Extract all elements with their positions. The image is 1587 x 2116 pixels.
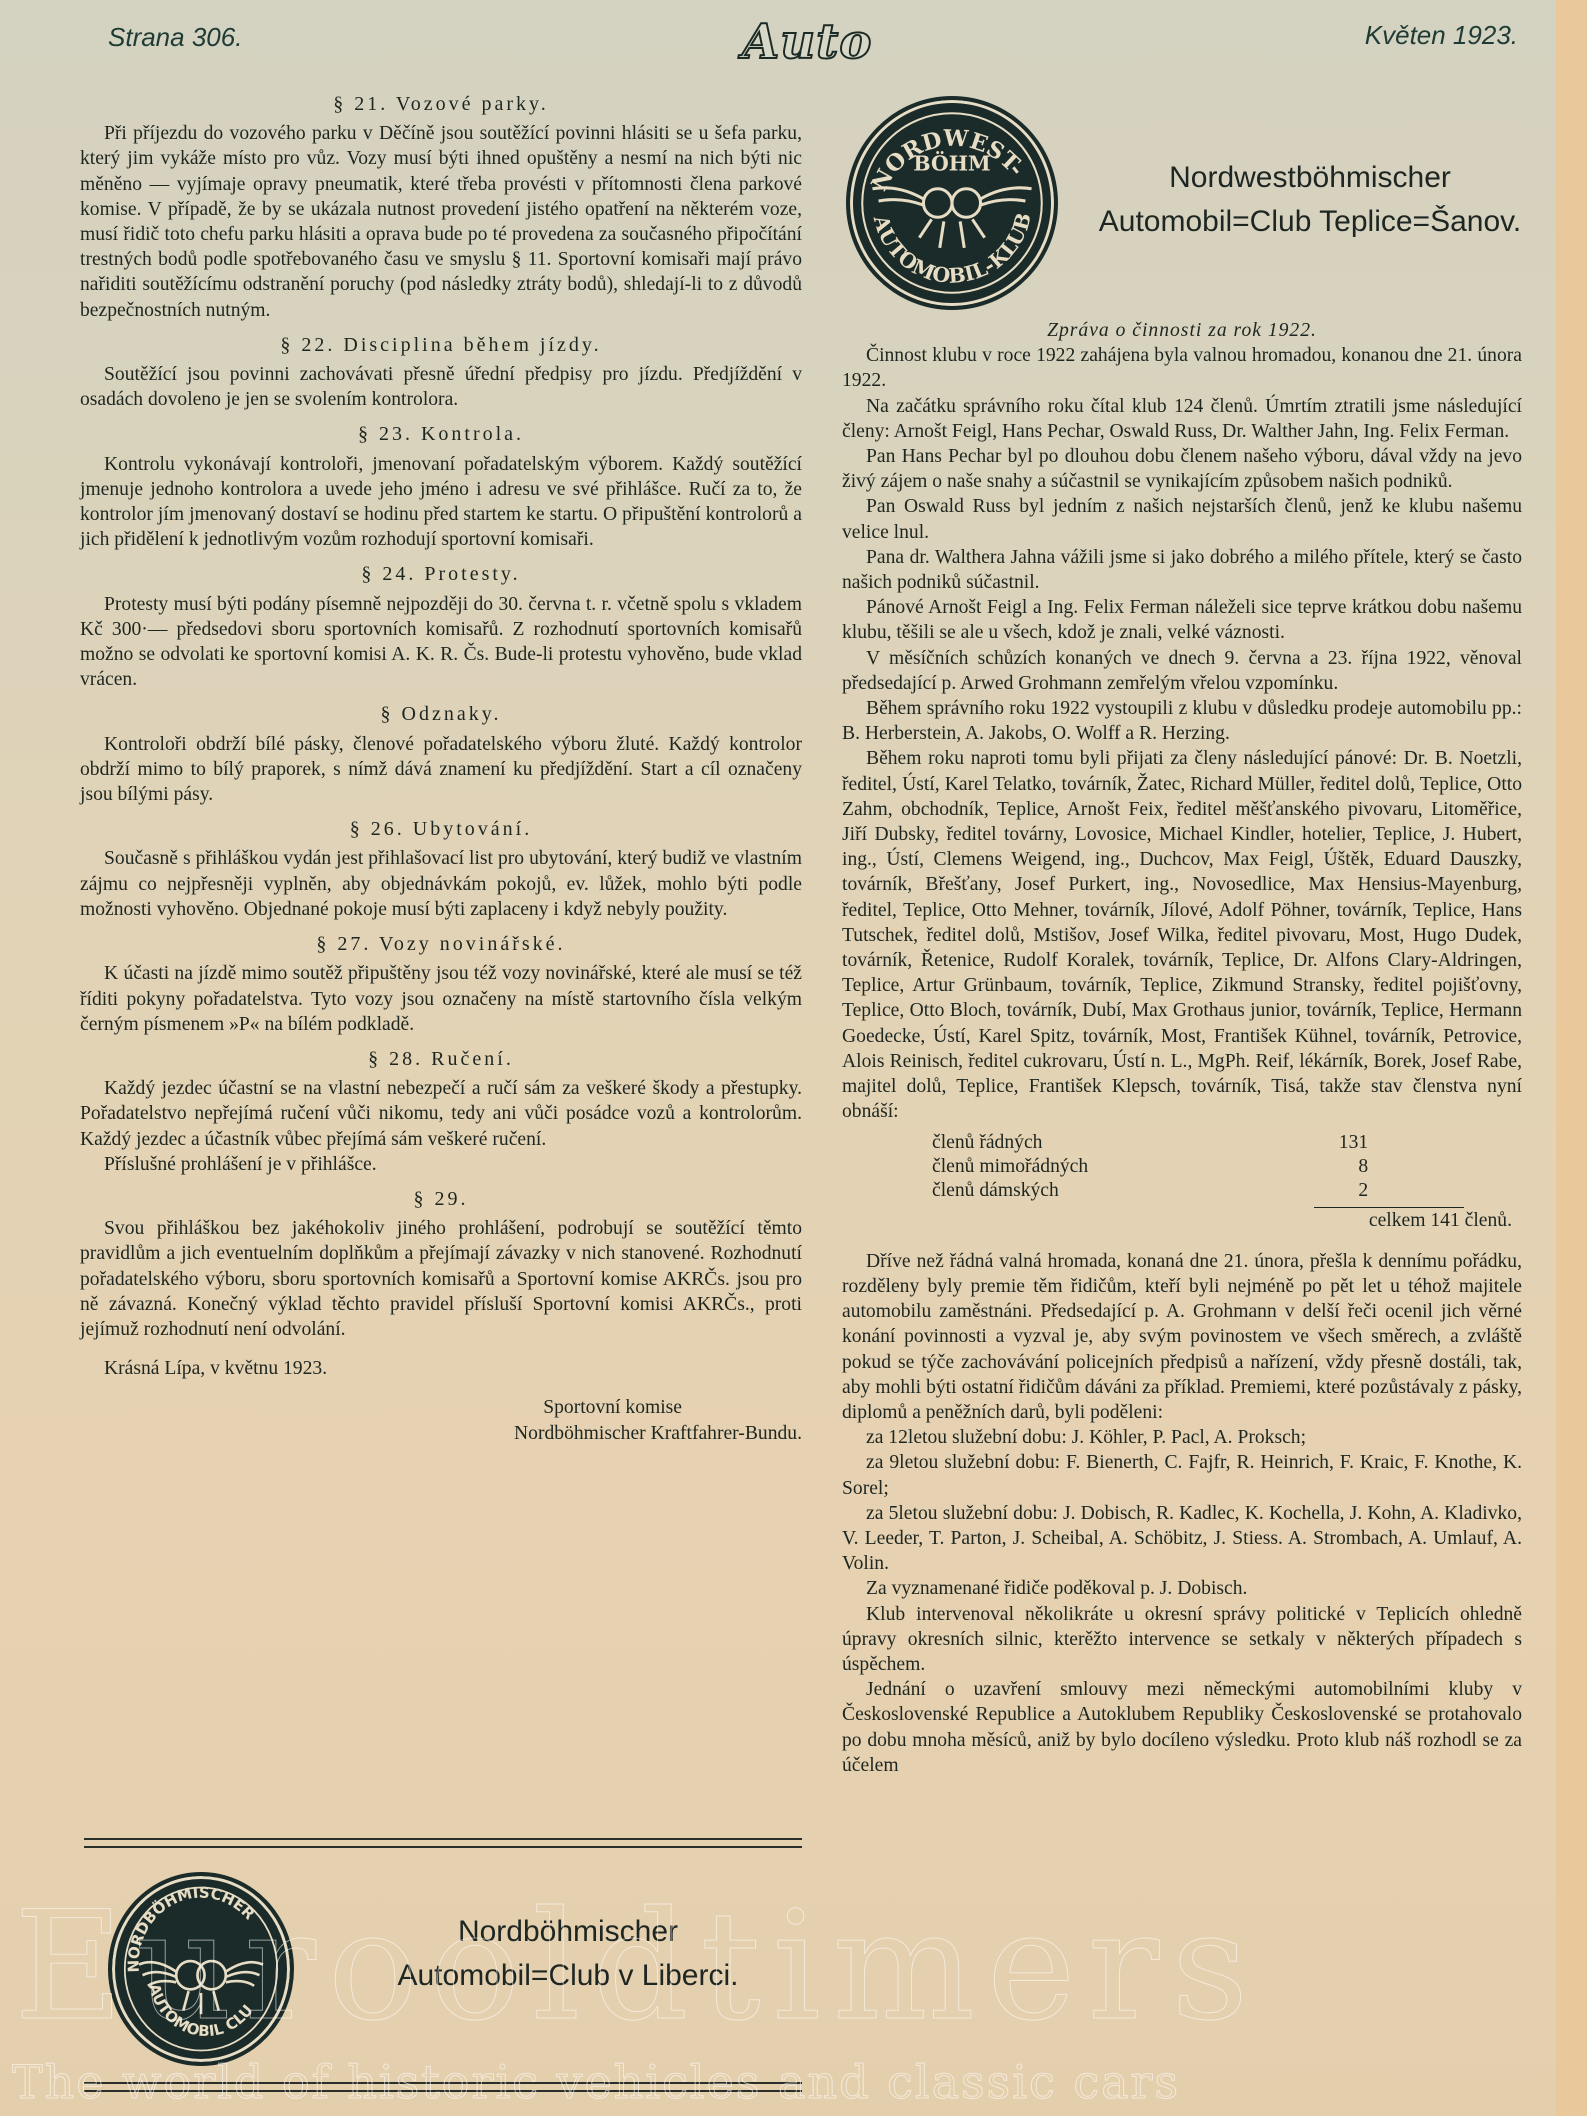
section-heading: § 28. Ručení.	[80, 1047, 802, 1072]
section-paragraph: Protesty musí býti podány písemně nejpoz…	[80, 592, 802, 693]
divider-bottom	[84, 2082, 802, 2092]
membership-count: 2	[1088, 1179, 1368, 1203]
section-paragraph: Kontrolu vykonávají kontroloři, jmenovan…	[80, 452, 802, 553]
rules-sections: § 21. Vozové parky.Při příjezdu do vozov…	[80, 92, 802, 1342]
section-paragraph: K účasti na jízdě mimo soutěž připuštěny…	[80, 961, 802, 1037]
report-paragraph: Pan Hans Pechar byl po dlouhou dobu člen…	[842, 444, 1522, 494]
report-paragraph: V měsíčních schůzích konaných ve dnech 9…	[842, 646, 1522, 696]
report-paragraph: Během roku naproti tomu byli přijati za …	[842, 746, 1522, 1124]
place-date: Krásná Lípa, v květnu 1923.	[80, 1356, 802, 1381]
membership-label: členů řádných	[932, 1131, 1088, 1155]
liberec-club-title-line-1: Nordböhmischer	[348, 1910, 788, 1954]
section-heading: § 21. Vozové parky.	[80, 92, 802, 117]
issue-date: Květen 1923.	[1365, 20, 1518, 51]
membership-row: členů mimořádných8	[932, 1155, 1368, 1179]
nordwestbohm-emblem-icon: NORDWEST- BÖHM AUTOMOBIL-KLUB	[846, 96, 1058, 310]
report-paragraph: za 9letou služební dobu: F. Bienerth, C.…	[842, 1450, 1522, 1500]
svg-text:NORDBÖHMISCHER: NORDBÖHMISCHER	[124, 1883, 258, 1972]
report-paragraph: za 5letou služební dobu: J. Dobisch, R. …	[842, 1501, 1522, 1577]
report-column: Zpráva o činnosti za rok 1922. Činnost k…	[842, 318, 1522, 1778]
report-paragraph: Na začátku správního roku čítal klub 124…	[842, 394, 1522, 444]
svg-text:AUTOMOBIL-KLUB: AUTOMOBIL-KLUB	[868, 210, 1036, 288]
rules-column: § 21. Vozové parky.Při příjezdu do vozov…	[80, 92, 802, 1446]
membership-label: členů mimořádných	[932, 1155, 1088, 1179]
report-paragraph: Pana dr. Walthera Jahna vážili jsme si j…	[842, 545, 1522, 595]
report-paragraph: Dříve než řádná valná hromada, konaná dn…	[842, 1249, 1522, 1425]
svg-text:BÖHM: BÖHM	[913, 150, 990, 175]
section-heading: § 24. Protesty.	[80, 562, 802, 587]
liberec-club-title-line-2: Automobil=Club v Liberci.	[348, 1954, 788, 1998]
nordbohmischer-emblem-icon: NORDBÖHMISCHER AUTOMOBIL CLUB	[108, 1872, 294, 2066]
membership-label: členů dámských	[932, 1179, 1088, 1203]
section-paragraph: Současně s přihláškou vydán jest přihlaš…	[80, 846, 802, 922]
report-paragraphs: Činnost klubu v roce 1922 zahájena byla …	[842, 343, 1522, 1124]
membership-count: 8	[1088, 1155, 1368, 1179]
signature: Sportovní komise Nordböhmischer Kraftfah…	[80, 1395, 802, 1445]
divider-top	[84, 1838, 802, 1848]
report-paragraph: Za vyznamenané řidiče poděkoval p. J. Do…	[842, 1576, 1522, 1601]
report-paragraph: Jednání o uzavření smlouvy mezi německým…	[842, 1677, 1522, 1778]
section-paragraph: Při příjezdu do vozového parku v Děčíně …	[80, 121, 802, 323]
magazine-logo: Auto	[742, 14, 872, 70]
section-heading: § 22. Disciplina během jízdy.	[80, 333, 802, 358]
section-heading: § 23. Kontrola.	[80, 422, 802, 447]
membership-table: členů řádných131členů mimořádných8členů …	[932, 1131, 1368, 1203]
signature-line-2: Nordböhmischer Kraftfahrer-Bundu.	[80, 1421, 802, 1446]
section-paragraph: Soutěžící jsou povinni zachovávati přesn…	[80, 362, 802, 412]
report-title: Zpráva o činnosti za rok 1922.	[842, 318, 1522, 343]
section-paragraph: Svou přihláškou bez jakéhokoliv jiného p…	[80, 1216, 802, 1342]
report-paragraph: Pan Oswald Russ byl jedním z našich nejs…	[842, 494, 1522, 544]
membership-row: členů dámských2	[932, 1179, 1368, 1203]
section-heading: § Odznaky.	[80, 702, 802, 727]
report-paragraph: Pánové Arnošt Feigl a Ing. Felix Ferman …	[842, 595, 1522, 645]
section-heading: § 27. Vozy novinářské.	[80, 932, 802, 957]
report-paragraph: Klub intervenoval několikráte u okresní …	[842, 1602, 1522, 1678]
membership-total: celkem 141 členů.	[842, 1208, 1522, 1233]
report-paragraph: za 12letou služební dobu: J. Köhler, P. …	[842, 1425, 1522, 1450]
teplice-club-title-line-2: Automobil=Club Teplice=Šanov.	[1070, 200, 1550, 244]
section-paragraph: Příslušné prohlášení je v přihlášce.	[80, 1152, 802, 1177]
section-paragraph: Kontroloři obdrží bílé pásky, členové po…	[80, 732, 802, 808]
magazine-page: Strana 306. Auto Květen 1923. § 21. Vozo…	[0, 0, 1556, 2116]
membership-count: 131	[1088, 1131, 1368, 1155]
page-number: Strana 306.	[108, 22, 242, 53]
report-paragraphs-after: Dříve než řádná valná hromada, konaná dn…	[842, 1249, 1522, 1778]
section-heading: § 29.	[80, 1187, 802, 1212]
report-paragraph: Během správního roku 1922 vystoupili z k…	[842, 696, 1522, 746]
membership-row: členů řádných131	[932, 1131, 1368, 1155]
liberec-club-title: Nordböhmischer Automobil=Club v Liberci.	[348, 1910, 788, 1998]
signature-line-1: Sportovní komise	[80, 1395, 802, 1420]
section-heading: § 26. Ubytování.	[80, 817, 802, 842]
report-paragraph: Činnost klubu v roce 1922 zahájena byla …	[842, 343, 1522, 393]
section-paragraph: Každý jezdec účastní se na vlastní nebez…	[80, 1076, 802, 1152]
teplice-club-title-line-1: Nordwestböhmischer	[1070, 156, 1550, 200]
teplice-club-title: Nordwestböhmischer Automobil=Club Teplic…	[1070, 156, 1550, 244]
